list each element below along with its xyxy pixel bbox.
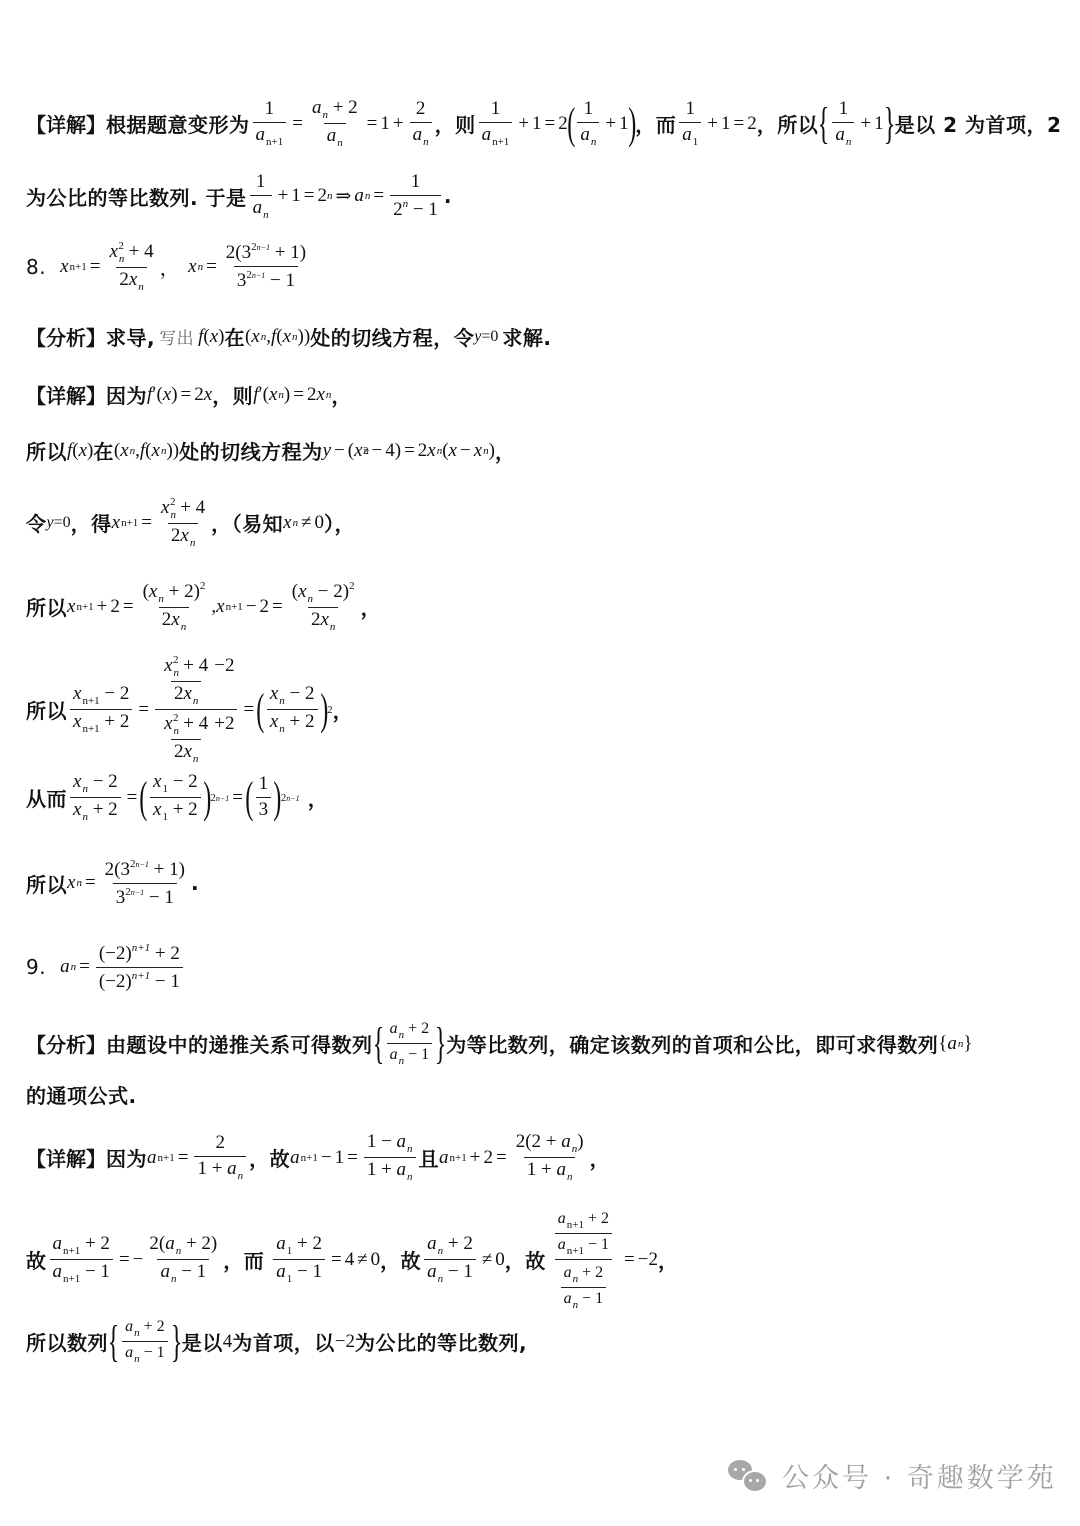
math-expression: an+1 + 2an+1 − 1 =− 2(an + 2)an − 1 xyxy=(47,1234,224,1285)
math-expression: (xn, f(xn)) xyxy=(245,326,310,348)
math-expression: an= (−2)n+1 + 2(−2)n+1 − 1 xyxy=(60,942,186,993)
math-expression: xn+1 − 2xn+1 + 2 = xn2 + 42xn−2 xn2 + 42… xyxy=(67,654,333,765)
p9-analysis-line1: 【分析】 由题设中的递推关系可得数列 { an + 2an − 1 } 为等比数… xyxy=(26,1020,973,1067)
math-expression: xn= 2(32n−1 + 1)32n−1 − 1 xyxy=(188,241,312,292)
math-expression: xn+1= xn2 + 42xn xyxy=(112,496,212,549)
math-expression: { an + 2an − 1 } xyxy=(373,1020,447,1067)
problem-number: 8. xyxy=(26,255,46,279)
math-expression: an+1−1= 1 − an1 + an xyxy=(290,1132,418,1183)
math-expression: f′(xn)=2xn xyxy=(253,384,331,406)
p9-conclusion: 所以数列 { an + 2an − 1 } 是以 4 为首项，以 −2 为公比的… xyxy=(26,1318,527,1365)
first-term-value: 4 xyxy=(223,1331,233,1353)
math-expression: an+1 + 2an+1 − 1 an + 2an − 1 =−2 xyxy=(546,1208,658,1311)
math-expression: 1an+1 +1=2( 1an +1) xyxy=(476,99,636,148)
math-expression: xn+1+2= (xn + 2)22xn ,xn+1−2= (xn − 2)22… xyxy=(67,580,361,633)
p8-analysis: 【分析】 求导, 写出 f(x) 在 (xn, f(xn)) 处的切线方程，令 … xyxy=(26,322,551,351)
math-expression: xn≠0 xyxy=(283,512,324,534)
p8-detail-line6: 从而 xn − 2xn + 2 =( x1 − 2x1 + 2 )2n−1 =(… xyxy=(26,772,328,823)
analysis-label: 【分析】 xyxy=(26,1029,106,1058)
math-expression: {an} xyxy=(938,1033,972,1055)
math-expression: 1an+1 = an + 2an =1+ 2an xyxy=(250,98,435,149)
p9-detail-line2: 故 an+1 + 2an+1 − 1 =− 2(an + 2)an − 1 ，而… xyxy=(26,1208,678,1311)
math-expression: an+1= 21 + an xyxy=(147,1133,249,1182)
math-expression: y=0 xyxy=(47,514,71,532)
p7-detail-line1: 【详解】 根据题意变形为 1an+1 = an + 2an =1+ 2an ，则… xyxy=(26,98,1061,149)
p9-detail-line1: 【详解】 因为 an+1= 21 + an ，故 an+1−1= 1 − an1… xyxy=(26,1132,610,1183)
detail-label: 【详解】 xyxy=(26,1143,106,1172)
watermark-text: 公众号 · 奇趣数学苑 xyxy=(782,1456,1057,1495)
detail-label: 【详解】 xyxy=(26,380,106,409)
math-expression: an + 2an − 1 ≠0 xyxy=(421,1234,505,1285)
math-expression: a1 + 2a1 − 1 =4≠0 xyxy=(270,1234,380,1285)
watermark: 公众号 · 奇趣数学苑 xyxy=(728,1456,1057,1495)
p7-text: 根据题意变形为 xyxy=(106,109,250,138)
detail-label: 【详解】 xyxy=(26,109,106,138)
math-expression: { an + 2an − 1 } xyxy=(108,1318,182,1365)
math-expression: y−(xn2−4)=2xn(x−xn) xyxy=(323,440,495,462)
math-expression: an+1+2= 2(2 + an)1 + an xyxy=(439,1132,590,1183)
p9-answer: 9. an= (−2)n+1 + 2(−2)n+1 − 1 xyxy=(26,942,186,993)
p9-analysis-line2: 的通项公式. xyxy=(26,1080,137,1109)
p8-detail-line5: 所以 xn+1 − 2xn+1 + 2 = xn2 + 42xn−2 xn2 +… xyxy=(26,654,353,765)
math-expression: { 1an +1} xyxy=(818,99,894,148)
math-expression: xn − 2xn + 2 =( x1 − 2x1 + 2 )2n−1 =( 13… xyxy=(67,772,300,823)
math-expression: (xn, f(xn)) xyxy=(114,440,179,462)
math-expression: y=0 xyxy=(474,328,498,346)
p8-detail-line1: 【详解】 因为 f′(x)=2x ，则 f′(xn)=2xn ， xyxy=(26,380,352,409)
math-expression: f(x) xyxy=(194,326,224,348)
p7-detail-line2: 为公比的等比数列. 于是 1an +1=2n ⇒an= 12n − 1 . xyxy=(26,172,452,221)
math-expression: f′(x)=2x xyxy=(147,384,212,406)
math-expression: f(x) xyxy=(67,440,93,462)
p8-detail-line7: 所以 xn= 2(32n−1 + 1)32n−1 − 1 . xyxy=(26,858,199,909)
analysis-label: 【分析】 xyxy=(26,322,106,351)
common-ratio-value: −2 xyxy=(335,1331,355,1353)
math-expression: xn= 2(32n−1 + 1)32n−1 − 1 xyxy=(67,858,191,909)
p8-answer: 8. xn+1= xn2 + 42xn ， xn= 2(32n−1 + 1)32… xyxy=(26,240,312,293)
problem-number: 9. xyxy=(26,955,46,979)
math-expression: xn+1= xn2 + 42xn xyxy=(60,240,160,293)
p8-detail-line2: 所以 f(x) 在 (xn, f(xn)) 处的切线方程为 y−(xn2−4)=… xyxy=(26,436,515,465)
p8-detail-line4: 所以 xn+1+2= (xn + 2)22xn ,xn+1−2= (xn − 2… xyxy=(26,580,381,633)
math-expression: 1an +1=2n ⇒an= 12n − 1 xyxy=(247,172,444,221)
math-expression: 1a1 +1=2 xyxy=(676,99,756,148)
wechat-icon xyxy=(728,1458,770,1494)
p8-detail-line3: 令 y=0 ，得 xn+1= xn2 + 42xn ，（易知 xn≠0 ）， xyxy=(26,496,355,549)
